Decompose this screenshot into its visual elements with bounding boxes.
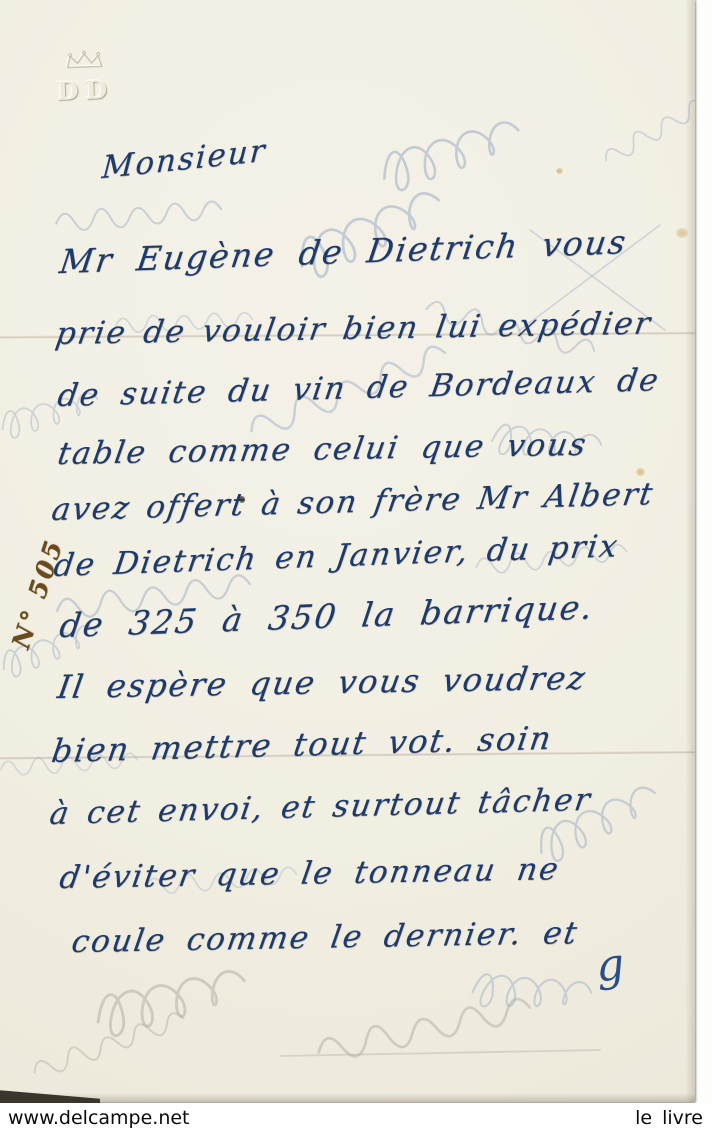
handwriting-line: coule comme le dernier. et — [69, 915, 581, 960]
handwriting-line: Mr Eugène de Dietrich vous — [57, 222, 630, 281]
watermark-bar: www.delcampe.net le livre — [0, 1103, 712, 1132]
crown-icon — [62, 49, 107, 71]
watermark-brand-text: le livre — [635, 1107, 703, 1129]
watermark-url-text: www.delcampe.net — [8, 1107, 190, 1129]
handwriting-line: à cet envoi, et surtout tâcher — [47, 782, 594, 832]
handwriting-line: de suite du vin de Bordeaux de — [55, 362, 662, 414]
embossed-crest: DD — [49, 49, 121, 106]
handwriting-line: bien mettre tout vot. soin — [49, 719, 555, 770]
handwriting-line: d'éviter que le tonneau ne — [57, 851, 562, 896]
handwriting-line: de 325 à 350 la barrique. — [57, 587, 596, 645]
paper-edge-shadow-bottom — [0, 1093, 695, 1102]
paper-edge-shadow-right — [685, 0, 695, 1102]
monogram-letters: DD — [50, 75, 121, 106]
handwriting-line: prie de vouloir bien lui expédier — [53, 306, 654, 353]
foxing-spot — [556, 168, 563, 174]
letter-page: DD N° 505 Monsieur Mr Eugène de Dietrich… — [0, 0, 695, 1102]
handwriting-line: de Dietrich en Janvier, du prix — [51, 528, 621, 584]
margin-note: N° 505 — [1, 518, 78, 671]
handwriting-line: avez offert à son frère Mr Albert — [49, 476, 656, 528]
handwriting-line: table comme celui que vous — [55, 427, 590, 472]
handwriting-line: Il espère que vous voudrez — [55, 659, 589, 706]
salutation-line: Monsieur — [101, 132, 268, 186]
flourish-mark: g — [593, 939, 626, 993]
foxing-spot — [636, 468, 645, 476]
